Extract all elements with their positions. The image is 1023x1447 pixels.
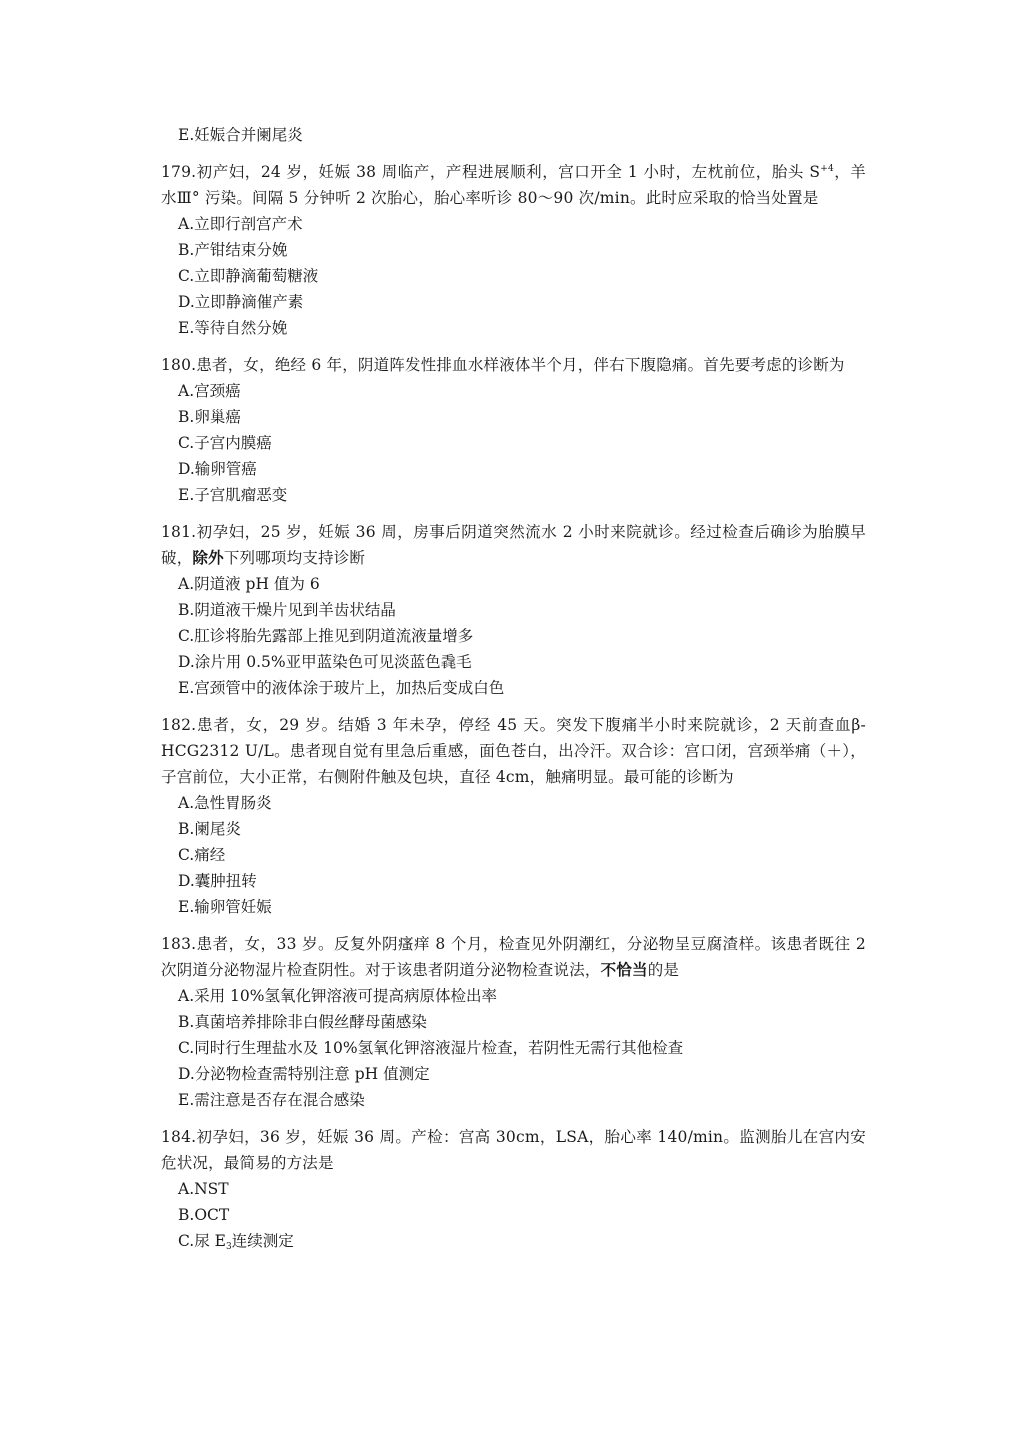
option-d: D.涂片用 0.5%亚甲蓝染色可见淡蓝色毳毛	[161, 649, 866, 675]
question-stem: 179.初产妇，24 岁，妊娠 38 周临产，产程进展顺利，宫口开全 1 小时，…	[161, 159, 866, 211]
option-c: C.同时行生理盐水及 10%氢氧化钾溶液湿片检查，若阴性无需行其他检查	[161, 1035, 866, 1061]
option-a: A.宫颈癌	[161, 378, 866, 404]
option-c: C.痛经	[161, 842, 866, 868]
question-stem: 182.患者，女，29 岁。结婚 3 年未孕，停经 45 天。突发下腹痛半小时来…	[161, 712, 866, 790]
option-c: C.尿 E3连续测定	[161, 1228, 866, 1254]
option-c: C.立即静滴葡萄糖液	[161, 263, 866, 289]
option-d: D.分泌物检查需特别注意 pH 值测定	[161, 1061, 866, 1087]
question-stem: 184.初孕妇，36 岁，妊娠 36 周。产检：宫高 30cm，LSA，胎心率 …	[161, 1124, 866, 1176]
question-184: 184.初孕妇，36 岁，妊娠 36 周。产检：宫高 30cm，LSA，胎心率 …	[161, 1124, 866, 1254]
option-b: B.真菌培养排除非白假丝酵母菌感染	[161, 1009, 866, 1035]
question-180: 180.患者，女，绝经 6 年，阴道阵发性排血水样液体半个月，伴右下腹隐痛。首先…	[161, 352, 866, 508]
question-stem: 183.患者，女，33 岁。反复外阴瘙痒 8 个月，检查见外阴潮红，分泌物呈豆腐…	[161, 931, 866, 983]
option-e: E.需注意是否存在混合感染	[161, 1087, 866, 1113]
option-b: B.阴道液干燥片见到羊齿状结晶	[161, 597, 866, 623]
option-b: B.OCT	[161, 1202, 866, 1228]
question-182: 182.患者，女，29 岁。结婚 3 年未孕，停经 45 天。突发下腹痛半小时来…	[161, 712, 866, 920]
option-e: E.输卵管妊娠	[161, 894, 866, 920]
question-181: 181.初孕妇，25 岁，妊娠 36 周，房事后阴道突然流水 2 小时来院就诊。…	[161, 519, 866, 701]
option-b: B.产钳结束分娩	[161, 237, 866, 263]
emphasis-text: 除外	[192, 549, 223, 567]
exam-page: E.妊娠合并阑尾炎 179.初产妇，24 岁，妊娠 38 周临产，产程进展顺利，…	[161, 122, 866, 1254]
question-number: 182.	[161, 716, 196, 734]
superscript: +4	[820, 164, 834, 174]
option-d: D.囊肿扭转	[161, 868, 866, 894]
question-183: 183.患者，女，33 岁。反复外阴瘙痒 8 个月，检查见外阴潮红，分泌物呈豆腐…	[161, 931, 866, 1113]
option-e: E.宫颈管中的液体涂于玻片上，加热后变成白色	[161, 675, 866, 701]
option-d: D.立即静滴催产素	[161, 289, 866, 315]
question-179: 179.初产妇，24 岁，妊娠 38 周临产，产程进展顺利，宫口开全 1 小时，…	[161, 159, 866, 341]
question-number: 183.	[161, 935, 196, 953]
option-b: B.阑尾炎	[161, 816, 866, 842]
question-stem: 181.初孕妇，25 岁，妊娠 36 周，房事后阴道突然流水 2 小时来院就诊。…	[161, 519, 866, 571]
question-number: 180.	[161, 356, 196, 374]
question-number: 179.	[161, 163, 196, 181]
option-d: D.输卵管癌	[161, 456, 866, 482]
option-178-e: E.妊娠合并阑尾炎	[161, 122, 866, 148]
option-a: A.立即行剖宫产术	[161, 211, 866, 237]
option-b: B.卵巢癌	[161, 404, 866, 430]
emphasis-text: 不恰当	[601, 961, 648, 979]
option-a: A.采用 10%氢氧化钾溶液可提高病原体检出率	[161, 983, 866, 1009]
option-a: A.阴道液 pH 值为 6	[161, 571, 866, 597]
option-a: A.NST	[161, 1176, 866, 1202]
question-number: 184.	[161, 1128, 196, 1146]
option-c: C.子宫内膜癌	[161, 430, 866, 456]
option-c: C.肛诊将胎先露部上推见到阴道流液量增多	[161, 623, 866, 649]
option-e: E.等待自然分娩	[161, 315, 866, 341]
question-stem: 180.患者，女，绝经 6 年，阴道阵发性排血水样液体半个月，伴右下腹隐痛。首先…	[161, 352, 866, 378]
question-number: 181.	[161, 523, 196, 541]
option-a: A.急性胃肠炎	[161, 790, 866, 816]
option-e: E.子宫肌瘤恶变	[161, 482, 866, 508]
